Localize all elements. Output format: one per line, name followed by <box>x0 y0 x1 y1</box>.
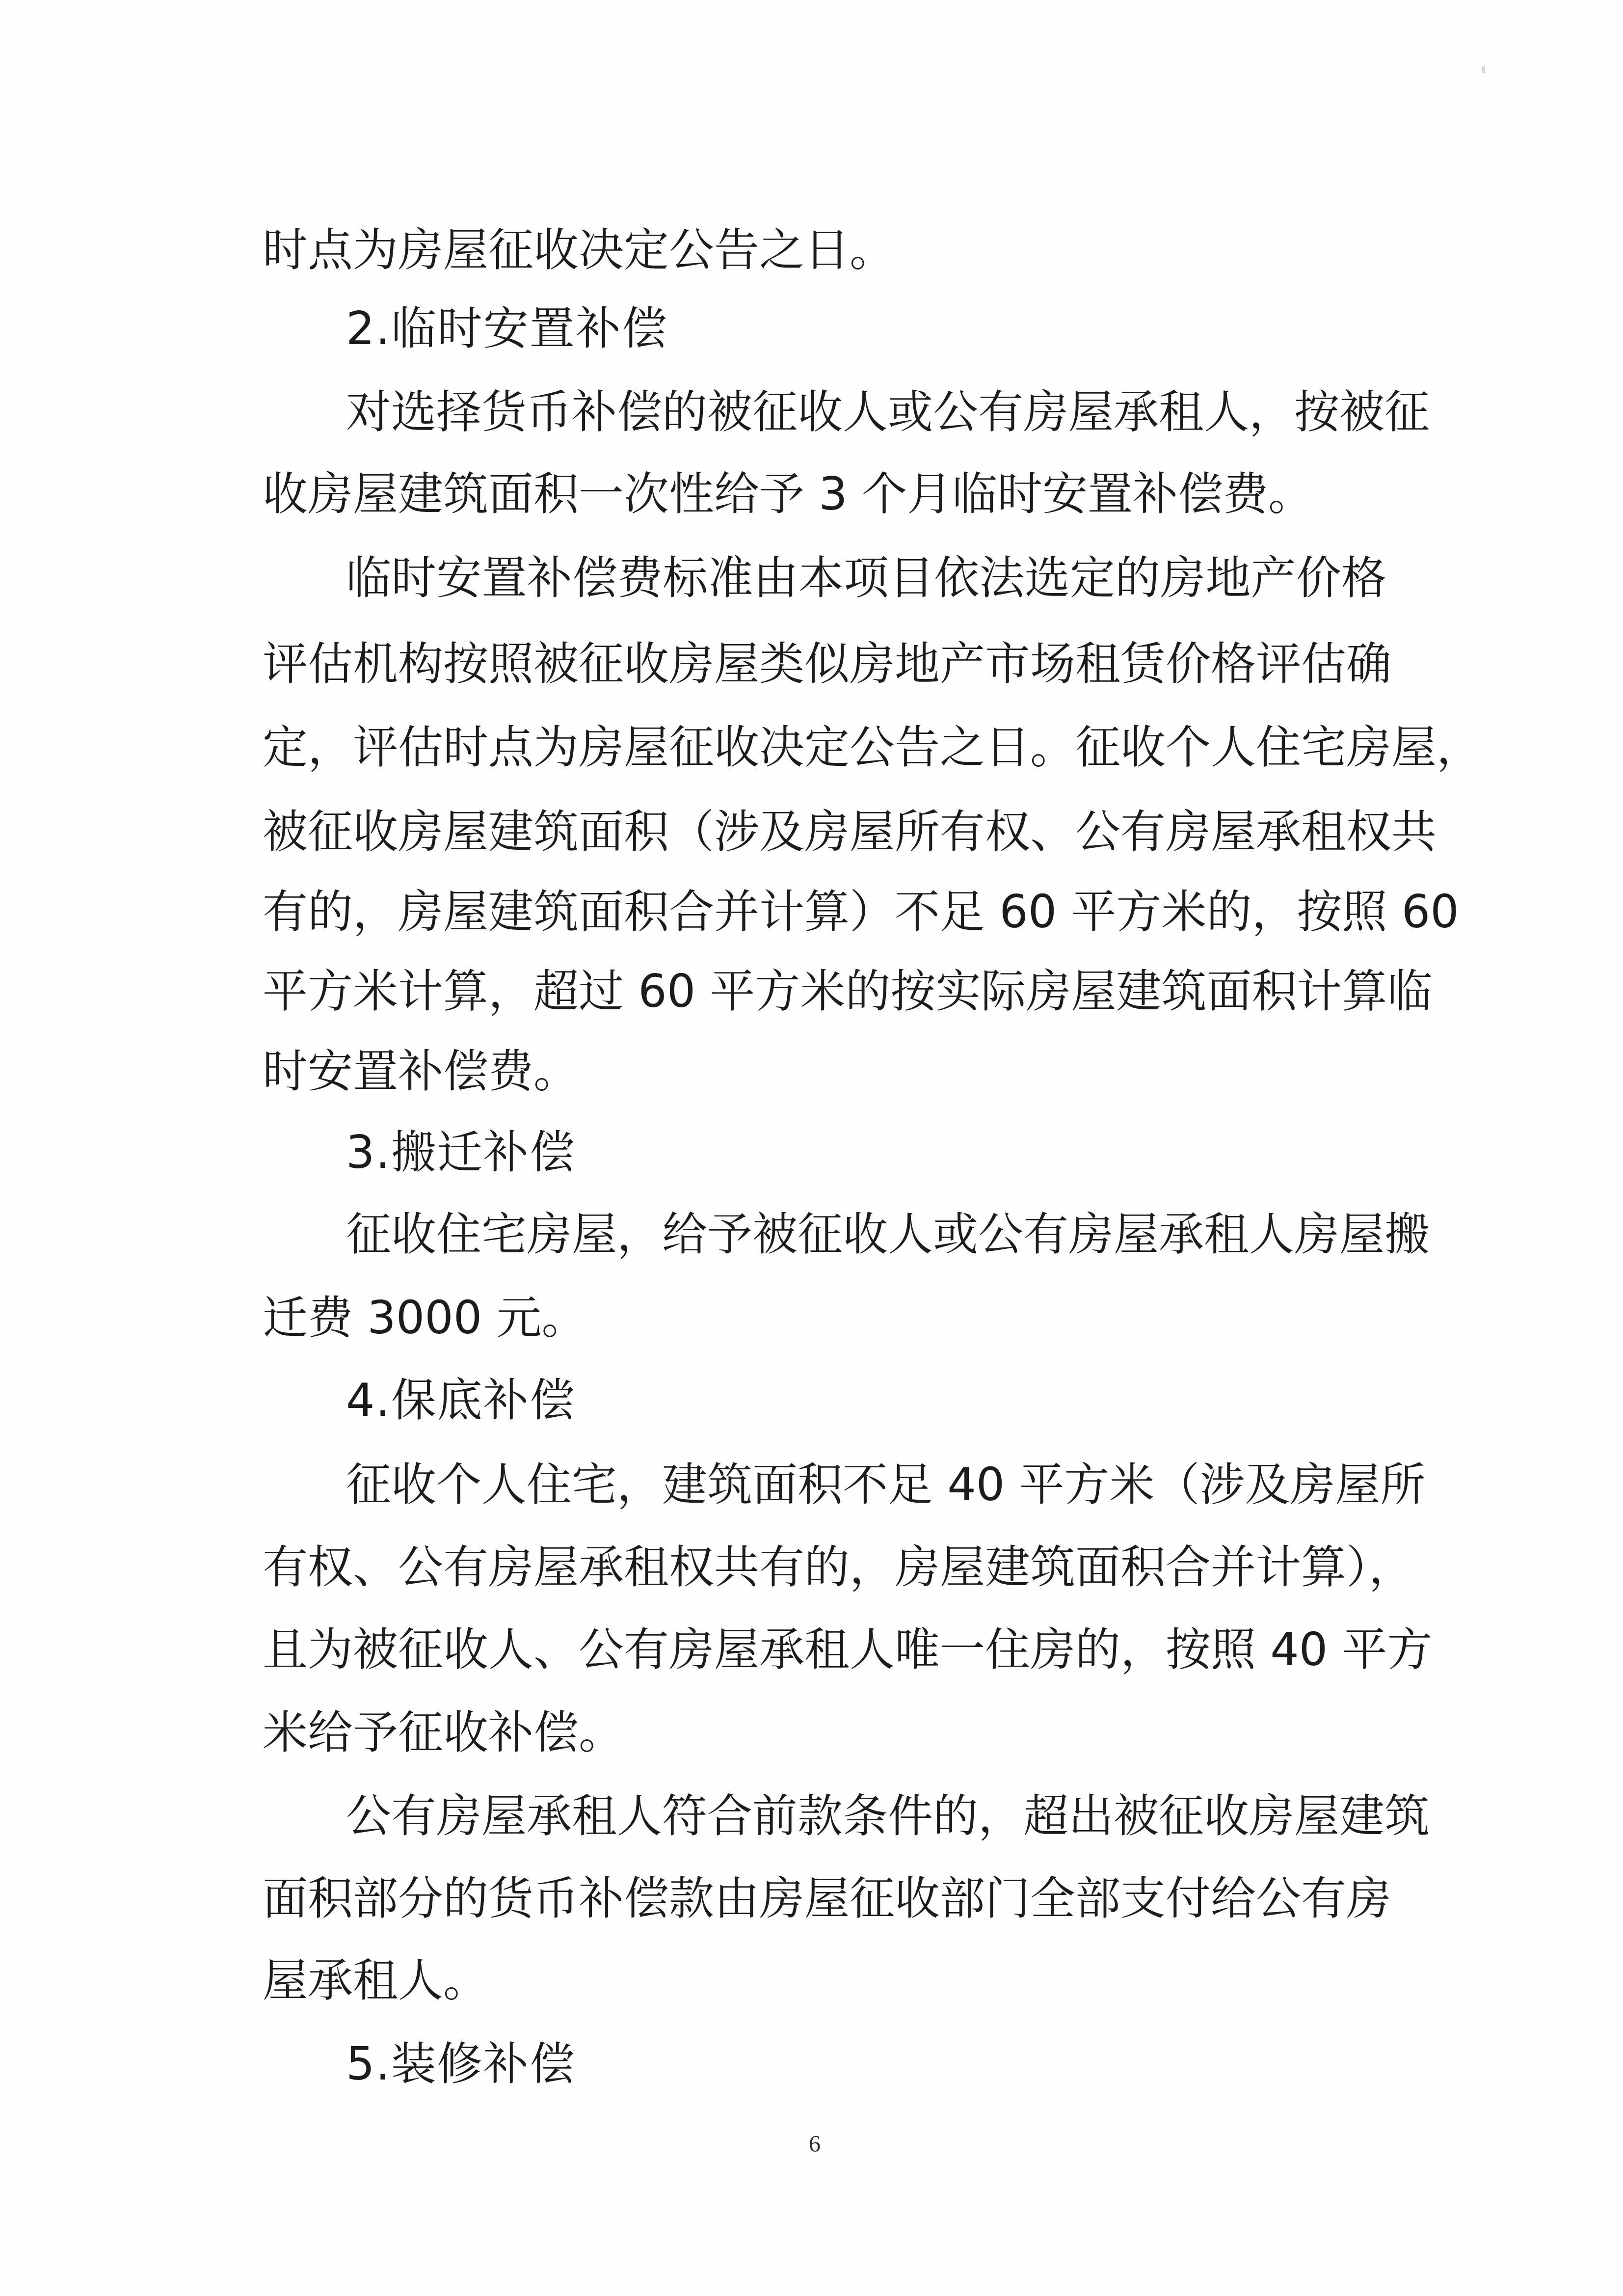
paragraph-line: 收房屋建筑面积一次性给予 3 个月临时安置补偿费。 <box>263 462 1386 526</box>
section-heading-minimum-compensation: 4.保底补偿 <box>346 1369 935 1432</box>
paragraph-line: 对选择货币补偿的被征收人或公有房屋承租人，按被征 <box>346 380 1386 444</box>
scan-artifact-mark <box>1482 66 1485 73</box>
paragraph-line: 屋承租人。 <box>263 1949 1386 2013</box>
paragraph-line: 时安置补偿费。 <box>263 1040 1386 1104</box>
paragraph-line: 平方米计算，超过 60 平方米的按实际房屋建筑面积计算临 <box>263 960 1386 1024</box>
paragraph-line: 公有房屋承租人符合前款条件的，超出被征收房屋建筑 <box>346 1784 1386 1848</box>
paragraph-line: 征收住宅房屋，给予被征收人或公有房屋承租人房屋搬 <box>346 1203 1386 1267</box>
paragraph-line: 被征收房屋建筑面积（涉及房屋所有权、公有房屋承租权共 <box>263 800 1386 864</box>
paragraph-line: 临时安置补偿费标准由本项目依法选定的房地产价格 <box>346 546 1386 610</box>
paragraph-line: 迁费 3000 元。 <box>263 1286 1386 1350</box>
document-page: 时点为房屋征收决定公告之日。 2.临时安置补偿 对选择货币补偿的被征收人或公有房… <box>0 0 1623 2296</box>
paragraph-line: 且为被征收人、公有房屋承租人唯一住房的，按照 40 平方 <box>263 1618 1386 1682</box>
paragraph-line: 评估机构按照被征收房屋类似房地产市场租赁价格评估确 <box>263 632 1386 696</box>
paragraph-line: 面积部分的货币补偿款由房屋征收部门全部支付给公有房 <box>263 1867 1386 1931</box>
paragraph-line: 米给予征收补偿。 <box>263 1701 1386 1765</box>
section-heading-relocation: 3.搬迁补偿 <box>346 1121 935 1185</box>
section-heading-decoration: 5.装修补偿 <box>346 2032 935 2096</box>
paragraph-line: 征收个人住宅，建筑面积不足 40 平方米（涉及房屋所 <box>346 1453 1386 1517</box>
paragraph-line: 定，评估时点为房屋征收决定公告之日。征收个人住宅房屋， <box>263 716 1386 780</box>
paragraph-line: 有的，房屋建筑面积合并计算）不足 60 平方米的，按照 60 <box>263 880 1386 944</box>
paragraph-line: 有权、公有房屋承租权共有的，房屋建筑面积合并计算）， <box>263 1536 1386 1599</box>
page-number: 6 <box>795 2131 834 2158</box>
section-heading-temporary-resettlement: 2.临时安置补偿 <box>346 297 935 361</box>
paragraph-line: 时点为房屋征收决定公告之日。 <box>263 218 1386 282</box>
